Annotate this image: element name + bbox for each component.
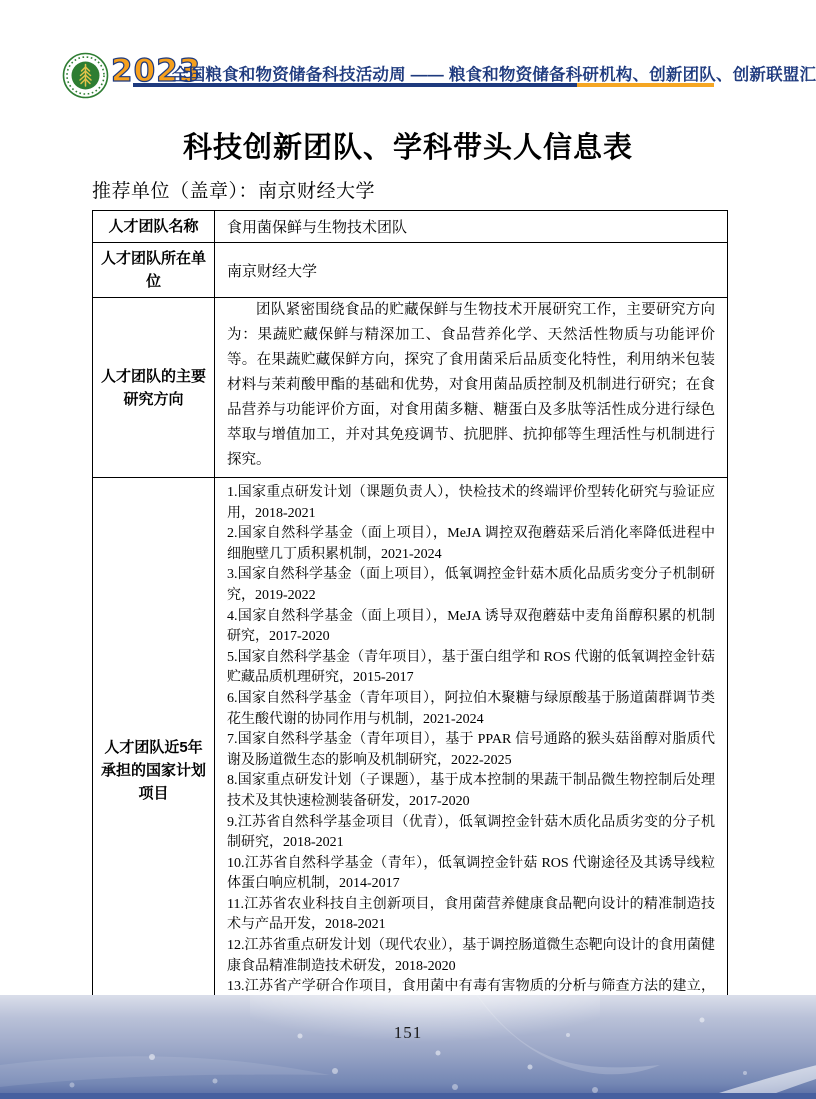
table-row: 人才团队的主要研究方向 团队紧密围绕食品的贮藏保鲜与生物技术开展研究工作，主要研… xyxy=(93,298,727,478)
header-rule-blue xyxy=(133,83,577,87)
project-item: 3.国家自然科学基金（面上项目），低氧调控金针菇木质化品质劣变分子机制研究，20… xyxy=(227,565,715,606)
row-label-national-projects: 人才团队近5年承担的国家计划项目 xyxy=(93,478,215,1064)
header-title: 全国粮食和物资储备科技活动周 —— 粮食和物资储备科研机构、创新团队、创新联盟汇… xyxy=(172,61,772,85)
project-list: 1.国家重点研发计划（课题负责人），快检技术的终端评价型转化研究与验证应用，20… xyxy=(215,478,727,1064)
project-item: 2.国家自然科学基金（面上项目），MeJA 调控双孢蘑菇采后消化率降低进程中细胞… xyxy=(227,524,715,565)
row-label-research-direction: 人才团队的主要研究方向 xyxy=(93,298,215,477)
header-dash: —— xyxy=(411,66,444,84)
row-value-team-name: 食用菌保鲜与生物技术团队 xyxy=(215,211,727,242)
grain-reserve-emblem-icon xyxy=(62,52,109,99)
project-item: 6.国家自然科学基金（青年项目），阿拉伯木聚糖与绿原酸基于肠道菌群调节类花生酸代… xyxy=(227,689,715,730)
project-item: 11.江苏省农业科技自主创新项目，食用菌营养健康食品靶向设计的精准制造技术与产品… xyxy=(227,895,715,936)
page-number: 151 xyxy=(0,1023,816,1043)
project-item: 8.国家重点研发计划（子课题），基于成本控制的果蔬干制品微生物控制后处理技术及其… xyxy=(227,771,715,812)
page-header: 2023 全国粮食和物资储备科技活动周 —— 粮食和物资储备科研机构、创新团队、… xyxy=(0,0,816,110)
info-table: 人才团队名称 食用菌保鲜与生物技术团队 人才团队所在单位 南京财经大学 人才团队… xyxy=(92,210,728,1066)
project-item: 12.江苏省重点研发计划（现代农业），基于调控肠道微生态靶向设计的食用菌健康食品… xyxy=(227,936,715,977)
project-item: 9.江苏省自然科学基金项目（优青），低氧调控金针菇木质化品质劣变的分子机制研究，… xyxy=(227,813,715,854)
header-volume: 粮食和物资储备科研机构、创新团队、创新联盟汇编 xyxy=(449,66,816,84)
document-page: 2023 全国粮食和物资储备科技活动周 —— 粮食和物资储备科研机构、创新团队、… xyxy=(0,0,816,1099)
project-item: 7.国家自然科学基金（青年项目），基于 PPAR 信号通路的猴头菇甾醇对脂质代谢… xyxy=(227,730,715,771)
team-name-text: 食用菌保鲜与生物技术团队 xyxy=(227,216,407,237)
recommender-value: 南京财经大学 xyxy=(258,181,375,202)
recommender-line: 推荐单位（盖章）：南京财经大学 xyxy=(92,176,375,203)
row-label-team-name: 人才团队名称 xyxy=(93,211,215,242)
table-row: 人才团队名称 食用菌保鲜与生物技术团队 xyxy=(93,211,727,243)
row-value-team-org: 南京财经大学 xyxy=(215,243,727,297)
research-direction-text: 团队紧密围绕食品的贮藏保鲜与生物技术开展研究工作，主要研究方向为：果蔬贮藏保鲜与… xyxy=(227,298,715,473)
row-value-research-direction: 团队紧密围绕食品的贮藏保鲜与生物技术开展研究工作，主要研究方向为：果蔬贮藏保鲜与… xyxy=(215,298,727,477)
team-org-text: 南京财经大学 xyxy=(227,260,317,281)
footer-wave: 151 xyxy=(0,995,816,1099)
project-item: 4.国家自然科学基金（面上项目），MeJA 诱导双孢蘑菇中麦角甾醇积累的机制研究… xyxy=(227,607,715,648)
page-title: 科技创新团队、学科带头人信息表 xyxy=(0,125,816,166)
header-event: 全国粮食和物资储备科技活动周 xyxy=(172,66,406,84)
table-row: 人才团队所在单位 南京财经大学 xyxy=(93,243,727,298)
header-rule-gold xyxy=(577,83,714,87)
row-label-team-org: 人才团队所在单位 xyxy=(93,243,215,297)
table-row: 人才团队近5年承担的国家计划项目 1.国家重点研发计划（课题负责人），快检技术的… xyxy=(93,478,727,1064)
project-item: 5.国家自然科学基金（青年项目），基于蛋白组学和 ROS 代谢的低氧调控金针菇贮… xyxy=(227,648,715,689)
project-item: 10.江苏省自然科学基金（青年），低氧调控金针菇 ROS 代谢途径及其诱导线粒体… xyxy=(227,854,715,895)
recommender-label: 推荐单位（盖章）： xyxy=(92,181,258,202)
project-item: 1.国家重点研发计划（课题负责人），快检技术的终端评价型转化研究与验证应用，20… xyxy=(227,483,715,524)
